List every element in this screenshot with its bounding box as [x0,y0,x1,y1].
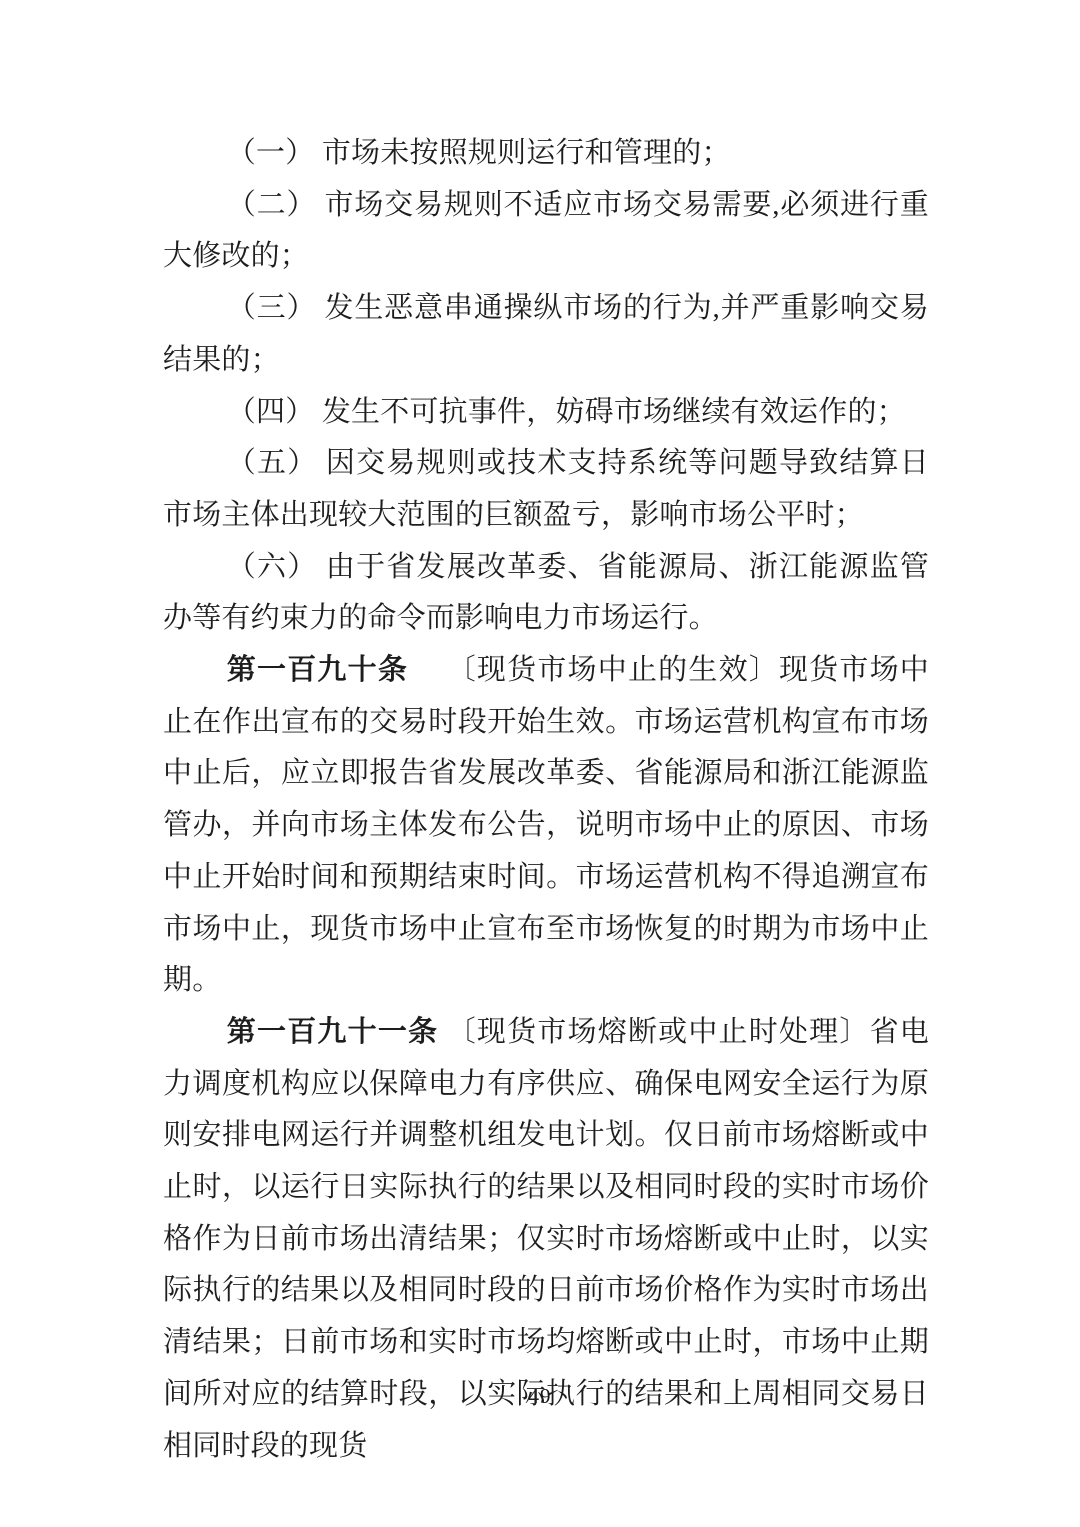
page-number: 49 [529,1384,552,1408]
paragraph-item-1: （一） 市场未按照规则运行和管理的； [163,128,929,180]
text-segment: （五） 因交易规则或技术支持系统等问题导致结算日市场主体出现较大范围的巨额盈亏，… [163,447,929,531]
paragraph-item-3: （三） 发生恶意串通操纵市场的行为,并严重影响交易结果的； [163,283,929,386]
article-number-text: 第一百九十条 [227,654,408,686]
article-number-text: 第一百九十一条 [227,1016,438,1048]
document-body: （一） 市场未按照规则运行和管理的；（二） 市场交易规则不适应市场交易需要,必须… [163,128,929,1472]
text-segment: （一） 市场未按照规则运行和管理的； [227,137,731,169]
paragraph-item-2: （二） 市场交易规则不适应市场交易需要,必须进行重大修改的； [163,180,929,283]
paragraph-item-5: （五） 因交易规则或技术支持系统等问题导致结算日市场主体出现较大范围的巨额盈亏，… [163,438,929,541]
text-segment: （二） 市场交易规则不适应市场交易需要,必须进行重大修改的； [163,189,929,273]
page-footer: 49 [0,1384,1080,1409]
document-page: （一） 市场未按照规则运行和管理的；（二） 市场交易规则不适应市场交易需要,必须… [0,0,1080,1527]
text-segment: （六） 由于省发展改革委、省能源局、浙江能源监管办等有约束力的命令而影响电力市场… [163,551,929,635]
paragraph-item-6: （六） 由于省发展改革委、省能源局、浙江能源监管办等有约束力的命令而影响电力市场… [163,542,929,645]
paragraph-item-4: （四） 发生不可抗事件，妨碍市场继续有效运作的； [163,387,929,439]
text-segment: 〔现货市场中止的生效〕现货市场中止在作出宣布的交易时段开始生效。市场运营机构宣布… [163,654,929,996]
text-segment: （三） 发生恶意串通操纵市场的行为,并严重影响交易结果的； [163,292,929,376]
paragraph-article-190: 第一百九十条 〔现货市场中止的生效〕现货市场中止在作出宣布的交易时段开始生效。市… [163,645,929,1007]
text-segment: （四） 发生不可抗事件，妨碍市场继续有效运作的； [227,396,906,428]
